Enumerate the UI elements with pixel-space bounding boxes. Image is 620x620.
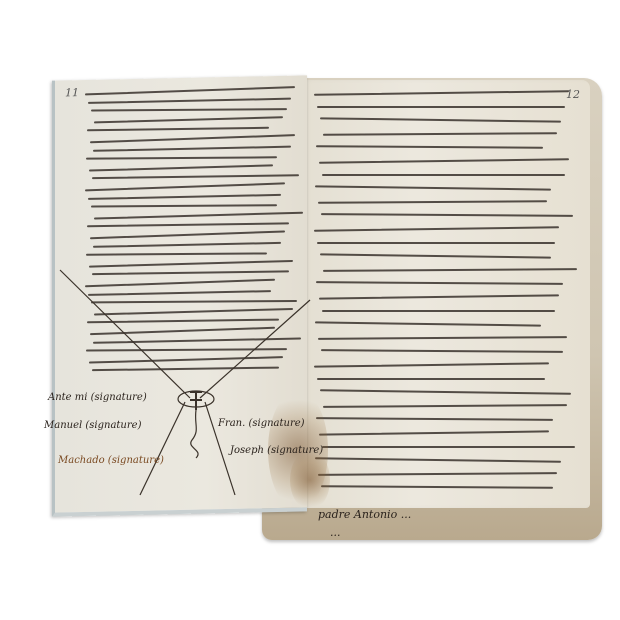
footer-line-1: padre Antonio ...: [318, 508, 411, 521]
footer-line-2: ...: [330, 526, 341, 539]
notary-sign-drawing: [0, 0, 620, 620]
manuscript-photo: 12 11 Ante mi (signature) Manuel (signat…: [0, 0, 620, 620]
signature-joseph: Joseph (signature): [230, 445, 323, 456]
signature-machado: Machado (signature): [58, 455, 164, 466]
signature-fran: Fran. (signature): [218, 418, 305, 429]
signature-manuel: Manuel (signature): [44, 420, 141, 431]
signature-ante-mi: Ante mi (signature): [48, 392, 147, 403]
